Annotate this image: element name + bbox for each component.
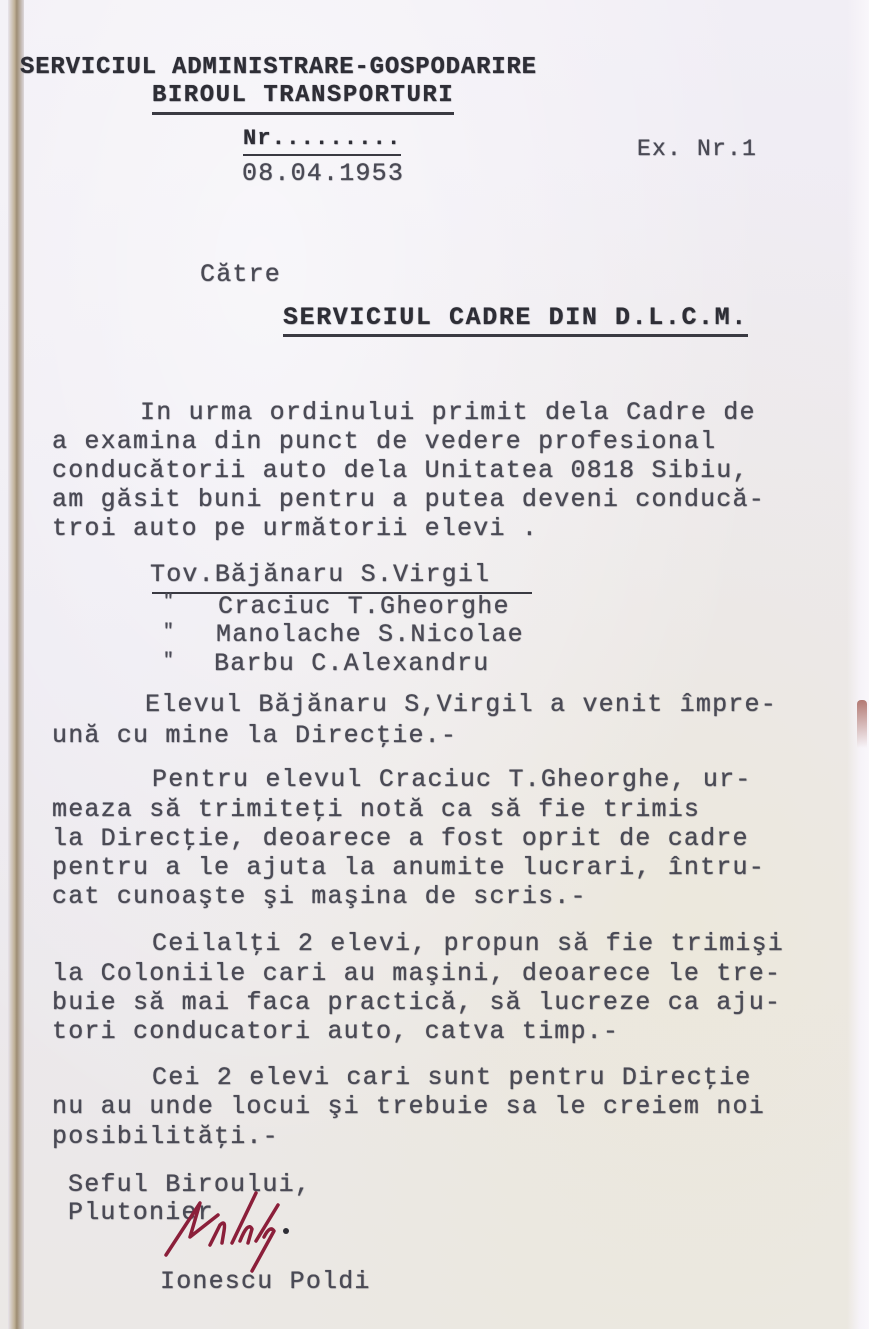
binding-spine (8, 0, 24, 1329)
student-name: Craciuc T.Gheorghe (218, 594, 510, 619)
text-line: posibilităţi.- (52, 1124, 279, 1149)
student-name: Băjănaru S.Virgil (215, 560, 490, 589)
student-prefix: Tov. (150, 560, 215, 589)
recipient-name: SERVICIUL CADRE DIN D.L.C.M. (283, 305, 748, 337)
text-line: cat cunoaşte şi maşina de scris.- (52, 884, 587, 909)
student-item: Tov.Băjănaru S.Virgil (150, 562, 490, 587)
text-line: nu au unde locui şi trebuie sa le creiem… (52, 1094, 765, 1119)
copy-number: Ex. Nr.1 (637, 138, 757, 161)
text-line: Pentru elevul Craciuc T.Gheorghe, ur- (152, 767, 752, 792)
ink-mark (857, 700, 867, 760)
text-line: Ceilalţi 2 elevi, propun să fie trimişi (152, 931, 784, 956)
registration-number: Nr......... (243, 128, 401, 156)
text-line: ună cu mine la Direcţie.- (52, 723, 457, 748)
text-line: am găsit buni pentru a putea deveni cond… (52, 487, 765, 512)
student-name: Manolache S.Nicolae (216, 622, 524, 647)
recipient-label: Către (200, 262, 281, 287)
document-date: 08.04.1953 (242, 161, 404, 186)
signer-name: Ionescu Poldi (160, 1269, 371, 1294)
ditto-mark: " (163, 593, 175, 611)
text-line: tori conducatori auto, catva timp.- (52, 1019, 619, 1044)
text-line: troi auto pe următorii elevi . (52, 516, 538, 541)
text-line: Elevul Băjănaru S,Virgil a venit împre- (145, 692, 777, 717)
text-line: meaza să trimiteţi notă ca să fie trimis (52, 797, 700, 822)
ditto-mark: " (163, 623, 175, 641)
text-line: In urma ordinului primit dela Cadre de (140, 400, 756, 425)
department-heading: SERVICIUL ADMINISTRARE-GOSPODARIRE (20, 56, 537, 80)
handwritten-signature (160, 1185, 310, 1275)
text-line: pentru a le ajuta la anumite lucrari, în… (52, 855, 765, 880)
ditto-mark: " (163, 652, 175, 670)
office-heading: BIROUL TRANSPORTURI (152, 84, 454, 115)
text-line: la Coloniile cari au maşini, deoarece le… (52, 961, 781, 986)
text-line: conducătorii auto dela Unitatea 0818 Sib… (52, 458, 749, 483)
student-name: Barbu C.Alexandru (214, 651, 489, 676)
text-line: buie să mai faca practică, să lucreze ca… (52, 990, 781, 1015)
text-line: a examina din punct de vedere profesiona… (52, 429, 716, 454)
page-edge (847, 0, 869, 1329)
text-line: Cei 2 elevi cari sunt pentru Direcţie (152, 1065, 752, 1090)
text-line: la Direcţie, deoarece a fost oprit de ca… (52, 826, 749, 851)
